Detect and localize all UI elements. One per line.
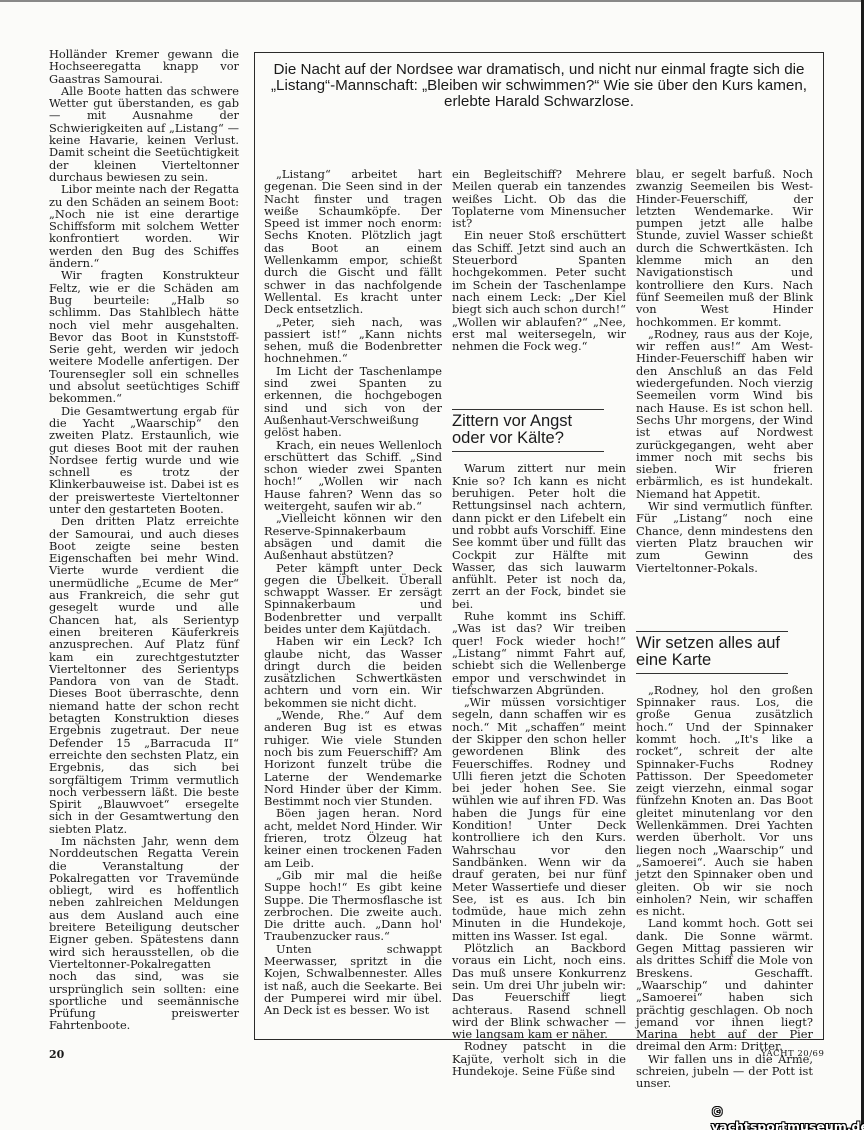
story-deck-intro: Die Nacht auf der Nordsee war dramatisch… <box>254 62 824 110</box>
paragraph: Libor meinte nach der Regatta zu den Sch… <box>49 183 239 269</box>
paragraph: „Peter, sieh nach, was passiert ist!“ „K… <box>264 316 442 365</box>
paragraph: Land kommt hoch. Gott sei dank. Die Sonn… <box>636 917 813 1052</box>
copyright-watermark: © yachtsportmuseum.de <box>711 1104 864 1130</box>
paragraph: „Listang“ arbeitet hart gegenan. Die See… <box>264 168 442 316</box>
subheading-karte: Wir setzen alles auf eine Karte <box>636 631 788 674</box>
paragraph: Warum zittert nur mein Knie so? Ich kann… <box>452 462 626 610</box>
magazine-folio: YACHT 20/69 <box>761 1049 824 1059</box>
paragraph: „Gib mir mal die heiße Suppe hoch!“ Es g… <box>264 869 442 943</box>
paragraph: „Rodney, raus aus der Koje, wir reffen a… <box>636 328 813 500</box>
paragraph: Rodney patscht in die Kajüte, verholt si… <box>452 1040 626 1077</box>
paragraph: Ruhe kommt ins Schiff. „Was ist das? Wir… <box>452 610 626 696</box>
paragraph: Plötzlich an Backbord voraus ein Licht, … <box>452 942 626 1040</box>
story-column-2: ein Begleitschiff? Mehrere Meilen querab… <box>452 168 626 1077</box>
paragraph: Haben wir ein Leck? Ich glaube nicht, da… <box>264 635 442 709</box>
paragraph: „Rodney, hol den großen Spinnaker raus. … <box>636 684 813 918</box>
paragraph: blau, er segelt barfuß. Noch zwanzig See… <box>636 168 813 328</box>
paragraph: Im nächsten Jahr, wenn dem Norddeutschen… <box>49 835 239 1032</box>
paragraph: Holländer Kremer gewann die Hochseeregat… <box>49 48 239 85</box>
paragraph: Peter kämpft unter Deck gegen die Übelke… <box>264 562 442 636</box>
paragraph: Wir sind vermutlich fünfter. Für „Listan… <box>636 500 813 574</box>
paragraph: Ein neuer Stoß erschüttert das Schiff. J… <box>452 229 626 352</box>
paragraph: Die Gesamtwertung ergab für die Yacht „W… <box>49 405 239 516</box>
paragraph: ein Begleitschiff? Mehrere Meilen querab… <box>452 168 626 229</box>
paragraph: „Vielleicht können wir den Reserve-Spinn… <box>264 512 442 561</box>
story-column-3: blau, er segelt barfuß. Noch zwanzig See… <box>636 168 813 1090</box>
paragraph: Den dritten Platz erreichte der Samourai… <box>49 515 239 835</box>
paragraph: Böen jagen heran. Nord acht, meldet Nord… <box>264 807 442 868</box>
paragraph: Unten schwappt Meerwasser, spritzt in di… <box>264 943 442 1017</box>
story-column-1: „Listang“ arbeitet hart gegenan. Die See… <box>264 168 442 1016</box>
subheading-zittern: Zittern vor Angst oder vor Kälte? <box>452 409 604 452</box>
left-article-column: Holländer Kremer gewann die Hochseeregat… <box>49 48 239 1032</box>
page-top-edge <box>0 0 864 2</box>
paragraph: „Wir müssen vorsichtiger segeln, dann sc… <box>452 696 626 942</box>
paragraph: Alle Boote hatten das schwere Wetter gut… <box>49 85 239 183</box>
paragraph: Wir fragten Konstrukteur Feltz, wie er d… <box>49 269 239 404</box>
paragraph: Im Licht der Taschenlampe sind zwei Span… <box>264 365 442 439</box>
paragraph: „Wende, Rhe.“ Auf dem anderen Bug ist es… <box>264 709 442 807</box>
page-number: 20 <box>49 1048 64 1061</box>
paragraph: Krach, ein neues Wellenloch erschüttert … <box>264 439 442 513</box>
